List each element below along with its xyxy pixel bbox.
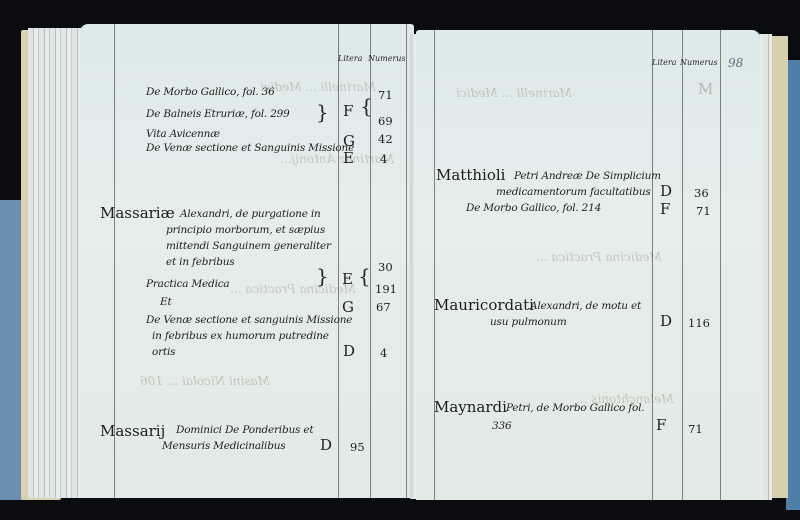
litera-value: F <box>343 102 353 120</box>
entry-text: usu pulmonum <box>490 316 566 328</box>
bleed-through-text: Marinelli ... Medici <box>260 80 376 94</box>
litera-value: G <box>343 132 355 150</box>
column-rule <box>338 24 339 498</box>
entry-text: et in febribus <box>166 256 235 268</box>
entry-text: Petri Andreæ De Simplicium <box>514 170 661 182</box>
column-rule <box>406 24 407 498</box>
right-page: Litera Numerus 98 Marinelli ... Medici M… <box>416 30 760 500</box>
numerus-value: 30 <box>378 260 393 274</box>
entry-text: Mensuris Medicinalibus <box>162 440 285 452</box>
header-numerus: Numerus <box>368 54 406 63</box>
page-number: 98 <box>728 56 743 70</box>
brace: } <box>316 100 329 124</box>
entry-text: principio morborum, et sæpius <box>166 224 325 236</box>
column-rule <box>720 30 721 500</box>
entry-text: in febribus ex humorum putredine <box>152 330 329 342</box>
numerus-value: 95 <box>350 440 365 454</box>
author-name: Massariæ <box>100 204 175 222</box>
litera-value: D <box>343 342 355 360</box>
entry-text: Et <box>160 296 171 308</box>
entry-text: 336 <box>492 420 511 432</box>
brace: } <box>316 264 329 288</box>
left-page: Litera Numerus Marinelli ... Medici Mart… <box>80 24 414 498</box>
litera-value: D <box>660 312 672 330</box>
litera-value: D <box>320 436 332 454</box>
bleed-through-text: Marinelli ... Medici <box>456 86 572 100</box>
entry-text: Alexandri, de motu et <box>530 300 641 312</box>
author-name: Maynardi <box>434 398 507 416</box>
entry-text: Petri, de Morbo Gallico fol. <box>506 402 644 414</box>
header-numerus: Numerus <box>680 58 718 67</box>
author-name: Massarij <box>100 422 165 440</box>
brace: { <box>360 94 373 118</box>
column-rule <box>682 30 683 500</box>
entry-text: De Balneis Etruriæ, fol. 299 <box>146 108 290 120</box>
background-right <box>786 60 800 510</box>
numerus-value: 116 <box>688 316 710 330</box>
bleed-through-text: Masini Nicolai ... 106 <box>140 374 270 388</box>
entry-text: De Morbo Gallico, fol. 214 <box>466 202 601 214</box>
litera-value: E <box>342 270 353 288</box>
numerus-value: 71 <box>696 204 711 218</box>
open-book: Litera Numerus Marinelli ... Medici Mart… <box>18 14 788 506</box>
entry-text: De Morbo Gallico, fol. 36 <box>146 86 275 98</box>
bleed-through-text: Martinez Antonij... <box>280 152 394 166</box>
column-rule <box>652 30 653 500</box>
brace: { <box>358 264 371 288</box>
entry-text: De Venæ sectione et sanguinis Missione <box>146 314 352 326</box>
litera-value: F <box>660 200 670 218</box>
header-litera: Litera <box>338 54 362 63</box>
entry-text: ortis <box>152 346 175 358</box>
numerus-value: 71 <box>378 88 393 102</box>
section-letter-bleed: M <box>698 80 713 98</box>
litera-value: E <box>343 149 354 167</box>
bleed-through-text: Medicina Practica ... <box>536 250 662 264</box>
entry-text: Practica Medica <box>146 278 229 290</box>
numerus-value: 42 <box>378 132 393 146</box>
entry-text: Vita Avicennæ <box>146 128 220 140</box>
numerus-value: 4 <box>380 152 387 166</box>
entry-text: Alexandri, de purgatione in <box>180 208 321 220</box>
numerus-value: 191 <box>375 282 397 296</box>
numerus-value: 71 <box>688 422 703 436</box>
numerus-value: 69 <box>378 114 393 128</box>
entry-text: De Venæ sectione et Sanguinis Missione <box>146 142 354 154</box>
header-litera: Litera <box>652 58 676 67</box>
numerus-value: 67 <box>376 300 391 314</box>
author-name: Matthioli <box>436 166 505 184</box>
entry-text: mittendi Sanguinem generaliter <box>166 240 331 252</box>
entry-text: medicamentorum facultatibus <box>496 186 651 198</box>
margin-rule <box>434 30 435 500</box>
litera-value: D <box>660 182 672 200</box>
numerus-value: 4 <box>380 346 387 360</box>
bleed-through-text: Medicina Practica ... <box>230 282 356 296</box>
author-name: Mauricordati <box>434 296 534 314</box>
litera-value: F <box>656 416 666 434</box>
entry-text: Dominici De Ponderibus et <box>176 424 313 436</box>
numerus-value: 36 <box>694 186 709 200</box>
